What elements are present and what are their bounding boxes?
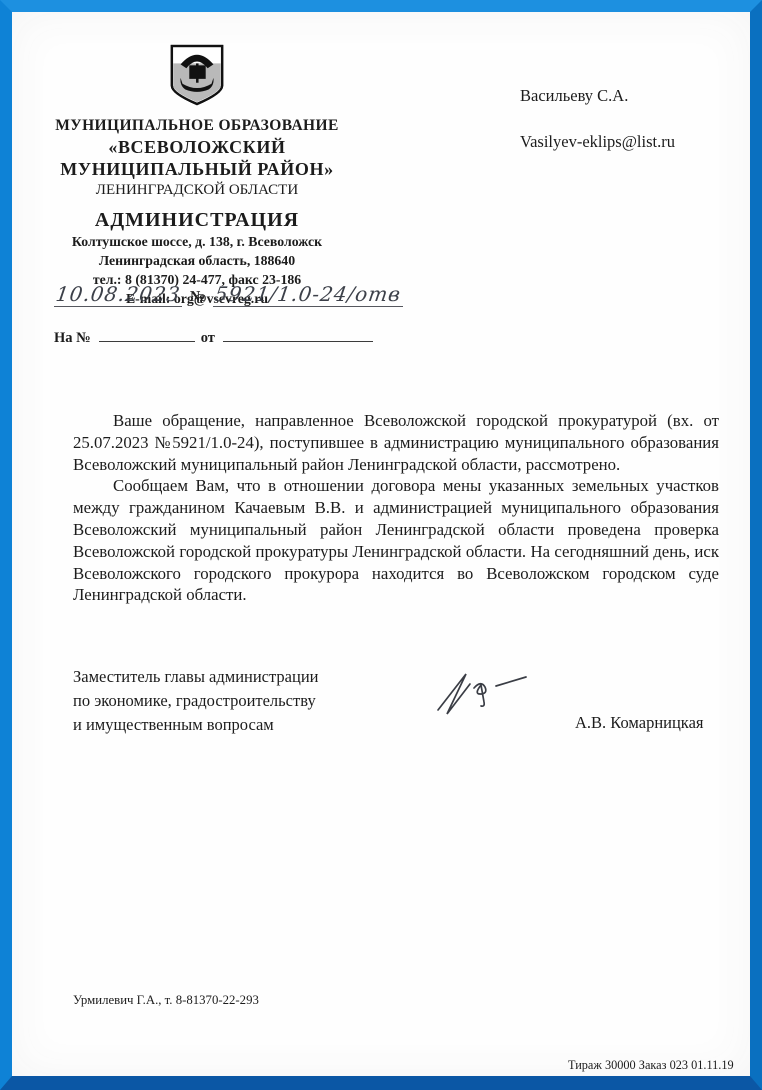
- outgoing-date-handwritten: 10.08.2023: [54, 282, 182, 307]
- recipient-email: Vasilyev-eklips@list.ru: [520, 132, 675, 152]
- blank-line: [99, 328, 195, 342]
- signer-name: А.В. Комарницкая: [575, 713, 704, 733]
- number-sign: №: [190, 289, 205, 305]
- reply-from-label: от: [201, 330, 215, 346]
- handwritten-signature-icon: [430, 664, 550, 728]
- executor-contact: Урмилевич Г.А., т. 8-81370-22-293: [73, 993, 259, 1008]
- blank-line: [223, 328, 373, 342]
- outgoing-reference-line: 10.08.2023 № 5921/1.0-24/отв: [54, 282, 384, 307]
- paper-sheet: МУНИЦИПАЛЬНОЕ ОБРАЗОВАНИЕ «ВСЕВОЛОЖСКИЙ …: [12, 12, 750, 1076]
- print-run-info: Тираж 30000 Заказ 023 01.11.19: [568, 1058, 734, 1073]
- letter-body: Ваше обращение, направленное Всеволожско…: [73, 410, 719, 606]
- signer-title-line2: по экономике, градостроительству: [73, 689, 319, 713]
- outgoing-number-handwritten: 5921/1.0-24/отв: [213, 282, 403, 307]
- org-name-line3: МУНИЦИПАЛЬНЫЙ РАЙОН»: [32, 158, 362, 180]
- scanned-letter-page: МУНИЦИПАЛЬНОЕ ОБРАЗОВАНИЕ «ВСЕВОЛОЖСКИЙ …: [0, 0, 762, 1090]
- address-line1: Колтушское шоссе, д. 138, г. Всеволожск: [32, 233, 362, 251]
- coat-of-arms-icon: [168, 42, 226, 108]
- org-name-line1: МУНИЦИПАЛЬНОЕ ОБРАЗОВАНИЕ: [32, 116, 362, 136]
- letterhead: МУНИЦИПАЛЬНОЕ ОБРАЗОВАНИЕ «ВСЕВОЛОЖСКИЙ …: [32, 42, 362, 308]
- signer-title-line1: Заместитель главы администрации: [73, 665, 319, 689]
- reply-label: На №: [54, 330, 91, 346]
- incoming-reference-line: На №от: [54, 328, 373, 347]
- address-line2: Ленинградская область, 188640: [32, 252, 362, 270]
- body-paragraph-1: Ваше обращение, направленное Всеволожско…: [73, 410, 719, 475]
- recipient-name: Васильеву С.А.: [520, 86, 675, 106]
- signer-title-line3: и имущественным вопросам: [73, 713, 319, 737]
- body-paragraph-2: Сообщаем Вам, что в отношении договора м…: [73, 475, 719, 606]
- administration-title: АДМИНИСТРАЦИЯ: [32, 208, 362, 232]
- recipient-block: Васильеву С.А. Vasilyev-eklips@list.ru: [520, 86, 675, 152]
- org-name-line2: «ВСЕВОЛОЖСКИЙ: [32, 136, 362, 158]
- signer-job-title: Заместитель главы администрации по эконо…: [73, 665, 319, 737]
- org-name-line4: ЛЕНИНГРАДСКОЙ ОБЛАСТИ: [32, 180, 362, 201]
